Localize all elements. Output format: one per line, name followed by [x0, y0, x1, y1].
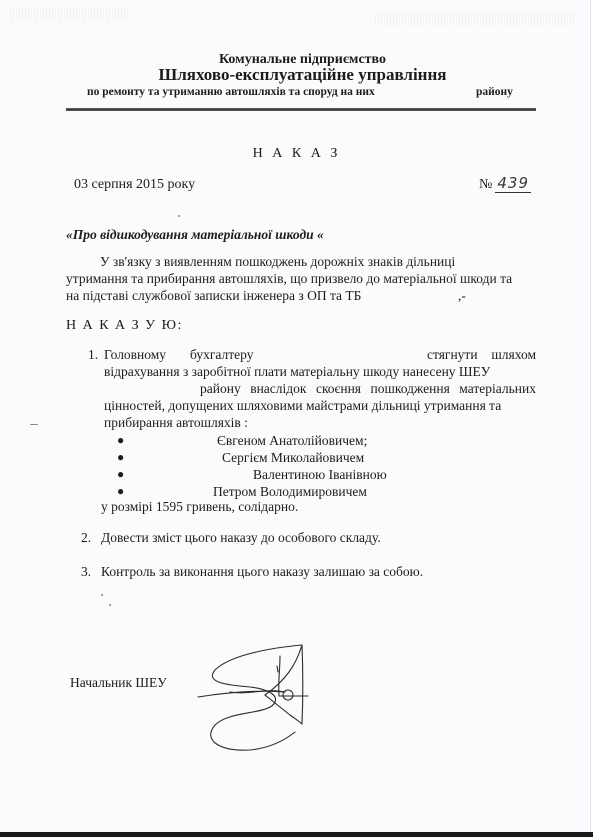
item-text: Контроль за виконання цього наказу залиш…: [101, 564, 423, 579]
item-line: цінностей, допущених шляховими майстрами…: [104, 397, 536, 414]
page-edge: [590, 0, 591, 837]
signer-position: Начальник ШЕУ: [70, 675, 167, 691]
order-date: 03 серпня 2015 року: [74, 177, 195, 193]
preamble-line: утримання та прибирання автошляхів, що п…: [66, 270, 536, 287]
list-item: ● Петром Володимировичем: [117, 483, 517, 500]
page-bottom-edge: [0, 832, 593, 837]
bullet-icon: ●: [117, 466, 124, 483]
item-text: Довести зміст цього наказу до особового …: [101, 530, 381, 545]
item-line: відрахування з заробітної плати матеріал…: [104, 363, 536, 380]
order-subject: «Про відшкодування матеріальної шкоди «: [66, 227, 324, 243]
signature-icon: [190, 640, 330, 760]
preamble-line: У зв'язку з виявленням пошкоджень дорожн…: [66, 253, 536, 270]
item-line: Головному бухгалтеру стягнути шляхом: [104, 346, 536, 363]
scan-speck: [109, 604, 111, 606]
bullet-icon: ●: [117, 483, 124, 500]
order-item-3: 3. Контроль за виконання цього наказу за…: [81, 563, 423, 580]
preamble-line: на підставі службової записки інженера з…: [66, 287, 536, 304]
organization-purpose: по ремонту та утриманню автошляхів та сп…: [87, 86, 375, 98]
order-number: №439: [479, 174, 531, 193]
orders-heading: Н А К А З У Ю:: [66, 318, 183, 334]
order-item-2: 2. Довести зміст цього наказу до особово…: [81, 529, 381, 546]
order-title: Н А К А З: [0, 146, 593, 162]
bullet-icon: ●: [117, 432, 124, 449]
order-item-1: 1. Головному бухгалтеру стягнути шляхом …: [88, 346, 536, 431]
scan-noise: [375, 12, 575, 26]
scan-speck: [30, 424, 38, 425]
organization-name: Шляхово-експлуатаційне управління: [0, 65, 593, 85]
item-number: 2.: [81, 529, 91, 546]
list-item: ● Валентиною Іванівною: [117, 466, 517, 483]
scan-speck: [178, 215, 180, 217]
persons-list: ● Євгеном Анатолійовичем; ● Сергієм Мико…: [117, 432, 517, 500]
order-number-value: 439: [495, 174, 531, 193]
district-suffix: району: [476, 86, 513, 98]
bullet-icon: ●: [117, 449, 124, 466]
list-item: ● Сергієм Миколайовичем: [117, 449, 517, 466]
item-number: 3.: [81, 563, 91, 580]
preamble-paragraph: У зв'язку з виявленням пошкоджень дорожн…: [66, 253, 536, 304]
item-number: 1.: [88, 346, 98, 363]
item-line: району внаслідок скоєння пошкодження мат…: [104, 380, 536, 397]
number-sign: №: [479, 177, 492, 192]
item-body: Головному бухгалтеру стягнути шляхом від…: [104, 346, 536, 431]
header-divider: [66, 108, 536, 111]
document-page: Комунальне підприємство Шляхово-експлуат…: [0, 0, 593, 837]
scan-noise: [10, 8, 130, 22]
trailing-mark: ,-: [458, 287, 466, 304]
damage-amount: у розмірі 1595 гривень, солідарно.: [101, 499, 298, 515]
item-line: прибирання автошляхів :: [104, 414, 536, 431]
list-item: ● Євгеном Анатолійовичем;: [117, 432, 517, 449]
scan-speck: [101, 594, 103, 596]
